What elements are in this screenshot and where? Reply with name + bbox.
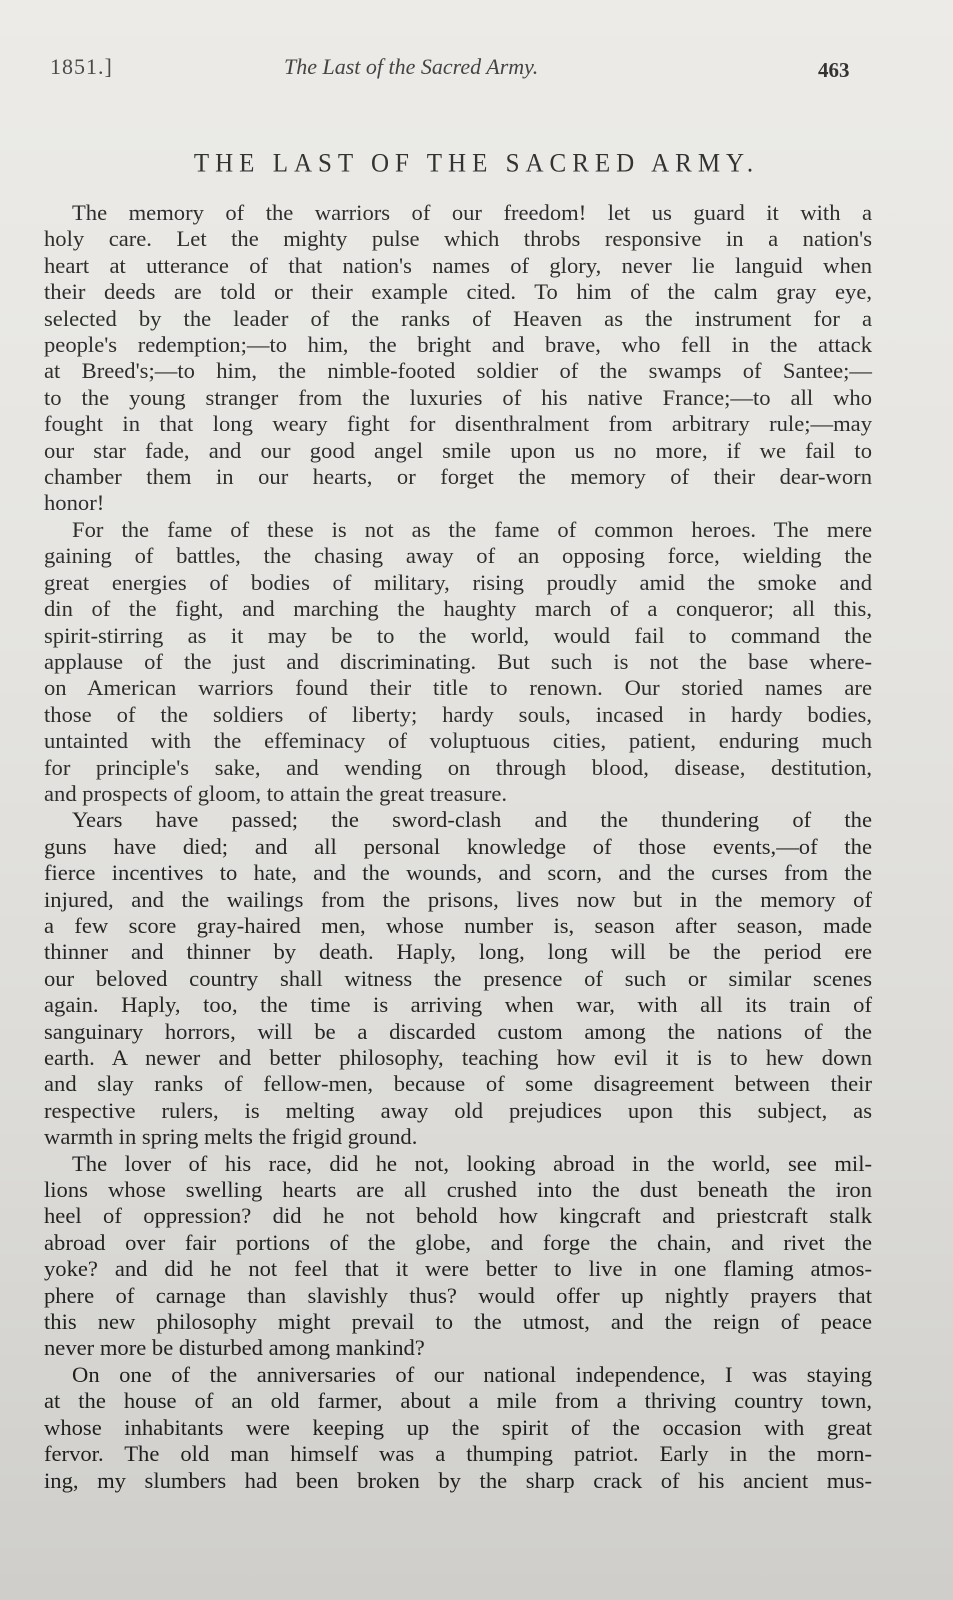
running-head-title: The Last of the Sacred Army. bbox=[284, 54, 538, 80]
text-line: at Breed's;—to him, the nimble-footed so… bbox=[44, 358, 872, 384]
text-line: those of the soldiers of liberty; hardy … bbox=[44, 702, 872, 728]
text-line: this new philosophy might prevail to the… bbox=[44, 1309, 872, 1335]
text-line: a few score gray-haired men, whose numbe… bbox=[44, 913, 872, 939]
text-line: yoke? and did he not feel that it were b… bbox=[44, 1256, 872, 1282]
text-line: never more be disturbed among mankind? bbox=[44, 1335, 872, 1361]
text-line: fierce incentives to hate, and the wound… bbox=[44, 860, 872, 886]
page-number: 463 bbox=[818, 58, 850, 83]
text-line: warmth in spring melts the frigid ground… bbox=[44, 1124, 872, 1150]
text-line: whose inhabitants were keeping up the sp… bbox=[44, 1415, 872, 1441]
text-line: and slay ranks of fellow-men, because of… bbox=[44, 1071, 872, 1097]
text-line: earth. A newer and better philosophy, te… bbox=[44, 1045, 872, 1071]
text-line: honor! bbox=[44, 490, 872, 516]
text-line: applause of the just and discriminating.… bbox=[44, 649, 872, 675]
text-line: guns have died; and all personal knowled… bbox=[44, 834, 872, 860]
text-line: For the fame of these is not as the fame… bbox=[44, 517, 872, 543]
text-line: On one of the anniversaries of our natio… bbox=[44, 1362, 872, 1388]
text-line: din of the fight, and marching the haugh… bbox=[44, 596, 872, 622]
text-line: The lover of his race, did he not, looki… bbox=[44, 1151, 872, 1177]
text-line: again. Haply, too, the time is arriving … bbox=[44, 992, 872, 1018]
text-line: abroad over fair portions of the globe, … bbox=[44, 1230, 872, 1256]
running-head: 1851.] The Last of the Sacred Army. 463 bbox=[0, 54, 953, 94]
text-line: ing, my slumbers had been broken by the … bbox=[44, 1468, 872, 1494]
text-line: Years have passed; the sword-clash and t… bbox=[44, 807, 872, 833]
text-line: our beloved country shall witness the pr… bbox=[44, 966, 872, 992]
article-title: THE LAST OF THE SACRED ARMY. bbox=[0, 149, 953, 178]
text-line: chamber them in our hearts, or forget th… bbox=[44, 464, 872, 490]
paragraph-4: The lover of his race, did he not, looki… bbox=[44, 1151, 872, 1362]
text-line: thinner and thinner by death. Haply, lon… bbox=[44, 939, 872, 965]
text-line: lions whose swelling hearts are all crus… bbox=[44, 1177, 872, 1203]
text-line: selected by the leader of the ranks of H… bbox=[44, 306, 872, 332]
text-line: gaining of battles, the chasing away of … bbox=[44, 543, 872, 569]
text-line: heel of oppression? did he not behold ho… bbox=[44, 1203, 872, 1229]
text-line: at the house of an old farmer, about a m… bbox=[44, 1388, 872, 1414]
text-line: untainted with the effeminacy of voluptu… bbox=[44, 728, 872, 754]
text-line: spirit-stirring as it may be to the worl… bbox=[44, 623, 872, 649]
text-line: their deeds are told or their example ci… bbox=[44, 279, 872, 305]
text-line: sanguinary horrors, will be a discarded … bbox=[44, 1019, 872, 1045]
paragraph-2: For the fame of these is not as the fame… bbox=[44, 517, 872, 807]
running-head-year: 1851.] bbox=[50, 54, 113, 80]
paragraph-3: Years have passed; the sword-clash and t… bbox=[44, 807, 872, 1150]
paragraph-1: The memory of the warriors of our freedo… bbox=[44, 200, 872, 517]
article-body: The memory of the warriors of our freedo… bbox=[44, 200, 872, 1494]
text-line: phere of carnage than slavishly thus? wo… bbox=[44, 1283, 872, 1309]
text-line: to the young stranger from the luxuries … bbox=[44, 385, 872, 411]
paragraph-5: On one of the anniversaries of our natio… bbox=[44, 1362, 872, 1494]
text-line: and prospects of gloom, to attain the gr… bbox=[44, 781, 872, 807]
text-line: our star fade, and our good angel smile … bbox=[44, 438, 872, 464]
text-line: The memory of the warriors of our freedo… bbox=[44, 200, 872, 226]
text-line: fought in that long weary fight for dise… bbox=[44, 411, 872, 437]
book-page: 1851.] The Last of the Sacred Army. 463 … bbox=[0, 0, 953, 1600]
text-line: on American warriors found their title t… bbox=[44, 675, 872, 701]
text-line: heart at utterance of that nation's name… bbox=[44, 253, 872, 279]
text-line: injured, and the wailings from the priso… bbox=[44, 887, 872, 913]
text-line: fervor. The old man himself was a thumpi… bbox=[44, 1441, 872, 1467]
text-line: for principle's sake, and wending on thr… bbox=[44, 755, 872, 781]
text-line: great energies of bodies of military, ri… bbox=[44, 570, 872, 596]
text-line: respective rulers, is melting away old p… bbox=[44, 1098, 872, 1124]
text-line: people's redemption;—to him, the bright … bbox=[44, 332, 872, 358]
text-line: holy care. Let the mighty pulse which th… bbox=[44, 226, 872, 252]
